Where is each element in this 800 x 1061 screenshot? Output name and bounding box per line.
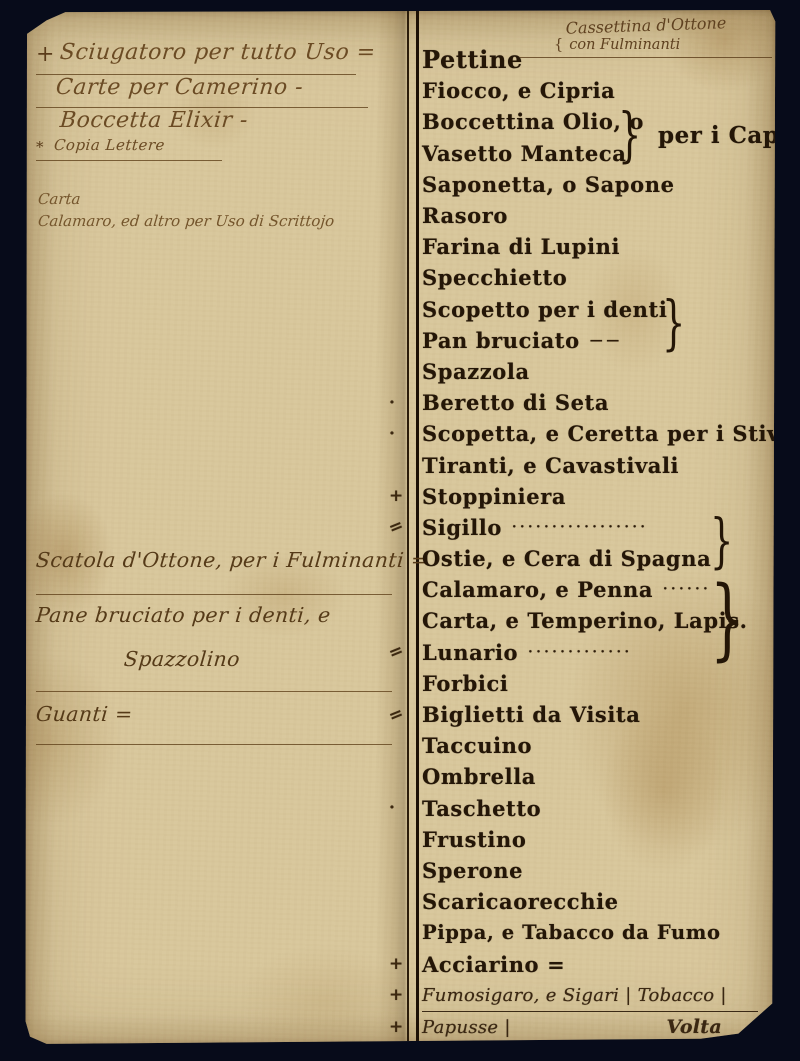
item-text: Sperone [422,858,523,883]
left-column-top-group: +Sciugatoro per tutto Uso =Carte per Cam… [36,40,384,161]
item-text: Lunario [422,640,518,665]
list-item: ·Taschetto [422,793,758,824]
item-text: Calamaro, ed altro per Uso di Scrittojo [37,212,335,230]
left-column-bottom-group: Scatola d'Ottone, per i Fulminanti =Pane… [36,540,392,745]
item-text: Stoppiniera [422,484,566,509]
list-item: Carta, e Temperino, Lapis. [422,605,758,636]
list-item: +Stoppiniera [422,481,758,512]
list-item: Pane bruciato per i denti, e [36,595,392,643]
list-item: +Sciugatoro per tutto Uso = [36,40,356,75]
list-item: Pettine [422,44,758,75]
list-item: Tiranti, e Cavastivali [422,449,758,480]
list-item: Spazzola [422,356,758,387]
item-text: Rasoro [422,203,508,228]
margin-mark: + [389,1017,404,1037]
margin-mark: · [389,424,396,444]
list-item: Boccetta Elixir - [36,108,384,136]
list-item: Farina di Lupini [422,231,758,262]
list-item: Saponetta, o Sapone [422,169,758,200]
list-item: Scaricaorecchie [422,886,758,917]
item-text: Tiranti, e Cavastivali [422,453,679,478]
list-item: Ombrella [422,761,758,792]
list-item: Forbici [422,668,758,699]
item-text: Scaricaorecchie [422,889,619,914]
margin-mark: · [389,798,396,818]
list-item: =Biglietti da Visita [422,699,758,730]
margin-mark: + [36,42,55,67]
item-text: Guanti = [35,702,134,726]
item-text: Ombrella [422,764,536,789]
list-item: Ostie, e Cera di Spagna [422,543,758,574]
item-text: Boccetta Elixir - [59,108,249,133]
item-text: Spazzolino [123,647,241,671]
fold-spine-line [407,10,419,1046]
item-text: Taschetto [422,796,541,821]
item-text: Specchietto [422,265,567,290]
item-text: Scopetto per i denti [422,297,667,322]
item-text: Fiocco, e Cipria [422,78,615,103]
margin-mark: = [386,515,407,539]
item-text: Acciarino = [422,952,565,977]
margin-mark: + [389,985,404,1005]
list-item: Sperone [422,855,758,886]
list-item: Spazzolino [36,643,392,692]
list-item: ·Scopetta, e Ceretta per i Stivali [422,418,758,449]
manuscript-sheet: Cassettina d'Ottone {con Fulminanti +Sci… [24,10,776,1046]
list-item: +Fumosigaro, e Sigari | Tobacco | [422,980,758,1012]
list-item: Guanti = [36,692,392,745]
list-item: Carte per Camerino - [36,75,368,108]
list-item: =Sigillo················· [422,512,758,543]
item-text: Boccettina Olio, o [422,109,644,134]
item-text: Pippa, e Tabacco da Fumo [422,921,721,944]
list-item: ·Beretto di Seta [422,387,758,418]
list-item: Pippa, e Tabacco da Fumo [422,917,758,948]
list-item: Specchietto [422,262,758,293]
dotted-leader: ············· [528,645,632,660]
item-text: Scatola d'Ottone, per i Fulminanti = [35,548,430,572]
item-text: Pettine [422,45,523,74]
item-text: Fumosigaro, e Sigari | Tobacco | [422,985,727,1006]
left-column-middle-group: CartaCalamaro, ed altro per Uso di Scrit… [38,190,398,234]
list-item: Scatola d'Ottone, per i Fulminanti = [36,540,392,595]
margin-mark: * [36,138,44,156]
list-item: Pan bruciato—— [422,325,758,356]
margin-mark: · [389,393,396,413]
dotted-leader: ······ [663,582,711,597]
dotted-leader: ················· [512,520,648,535]
list-item: +Acciarino = [422,948,758,979]
list-item: Carta [38,190,398,212]
list-item: Calamaro, ed altro per Uso di Scrittojo [38,212,398,234]
item-text: Scopetta, e Ceretta per i Stivali [422,421,800,446]
item-text: Farina di Lupini [422,234,620,259]
item-text: Calamaro, e Penna [422,577,653,602]
item-text: Saponetta, o Sapone [422,172,675,197]
list-item: Fiocco, e Cipria [422,75,758,106]
item-text: Pan bruciato [422,328,580,353]
list-item: =Lunario············· [422,637,758,668]
margin-mark: + [389,486,404,506]
item-text: Forbici [422,671,508,696]
item-text: Taccuino [422,733,532,758]
list-item: Scopetto per i denti [422,294,758,325]
brace-label: per i Capelli [658,122,800,149]
list-item: +Papusse |Volta [422,1012,758,1043]
item-text: Biglietti da Visita [422,702,640,727]
item-text: Pane bruciato per i denti, e [35,603,332,627]
item-text: Vasetto Manteca [422,141,626,166]
list-item: Calamaro, e Penna······ [422,574,758,605]
item-text: Beretto di Seta [422,390,609,415]
item-text: Carta [37,190,81,208]
volta-note: Volta [667,1016,758,1038]
item-text: Carta, e Temperino, Lapis. [422,608,748,633]
list-item: Frustino [422,824,758,855]
margin-mark: + [389,954,404,974]
item-text: Spazzola [422,359,530,384]
item-text: Sciugatoro per tutto Uso = [59,40,377,65]
item-text: Ostie, e Cera di Spagna [422,546,711,571]
right-column-list: PettineFiocco, e CipriaBoccettina Olio, … [422,44,758,1043]
item-text: Copia Lettere [53,136,166,154]
list-item: *Copia Lettere [36,136,222,161]
list-item: Rasoro [422,200,758,231]
item-text: Frustino [422,827,526,852]
item-text: Carte per Camerino - [55,75,304,100]
list-item: Taccuino [422,730,758,761]
dotted-leader: —— [590,333,623,348]
item-text: Sigillo [422,515,502,540]
item-text: Papusse | [422,1017,511,1038]
